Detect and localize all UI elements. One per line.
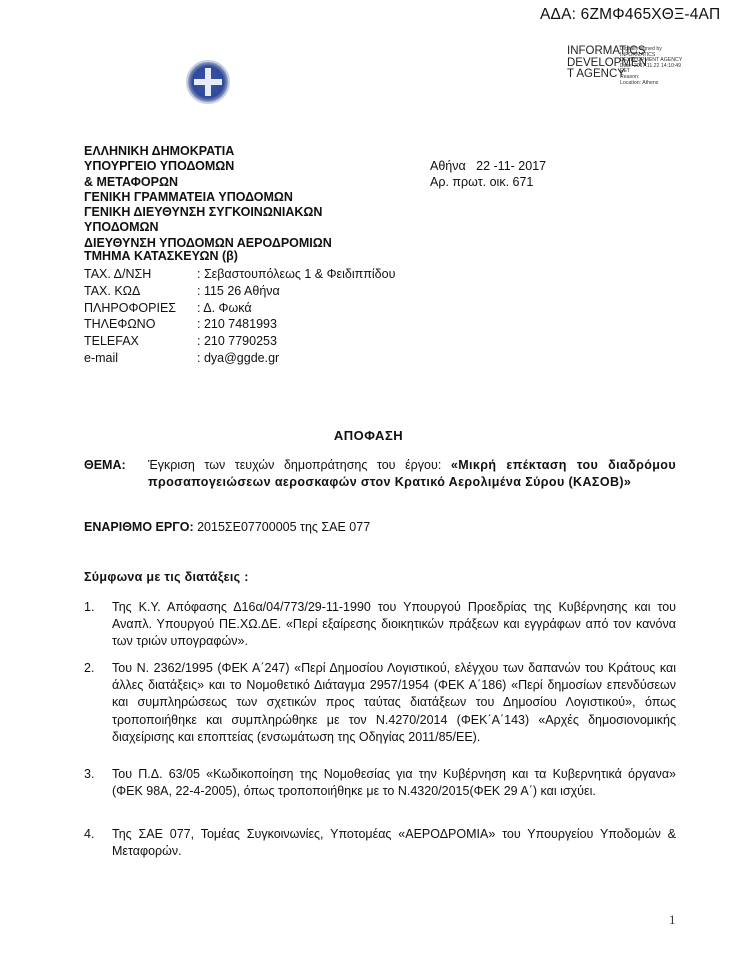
contact-label: e-mail <box>84 350 197 367</box>
item-text: Του Ν. 2362/1995 (ΦΕΚ Α΄247) «Περί Δημοσ… <box>112 660 676 746</box>
list-item: 1.Της Κ.Υ. Απόφασης Δ16α/04/773/29-11-19… <box>84 599 676 651</box>
contact-label: TELEFAX <box>84 333 197 350</box>
protocol-number: Αρ. πρωτ. οικ. 671 <box>430 174 546 190</box>
header-line: ΓΕΝΙΚΗ ΔΙΕΥΘΥΝΣΗ ΣΥΓΚΟΙΝΩΝΙΑΚΩΝ <box>84 205 332 220</box>
item-number: 4. <box>84 826 94 843</box>
signature-meta: Digitally signed by INFORMATICS DEVELOPM… <box>620 47 682 86</box>
contact-value: : Σεβαστουπόλεως 1 & Φειδιππίδου <box>197 266 395 283</box>
contact-row: ΠΛΗΡΟΦΟΡΙΕΣ: Δ. Φωκά <box>84 300 395 317</box>
item-number: 3. <box>84 766 94 783</box>
contact-row: ΤΑΧ. ΚΩΔ: 115 26 Αθήνα <box>84 283 395 300</box>
subject-label: ΘΕΜΑ: <box>84 457 126 474</box>
document-date: Αθήνα 22 -11- 2017 <box>430 158 546 174</box>
project-label: ΕΝΑΡΙΘΜΟ ΕΡΓΟ: <box>84 520 194 534</box>
header-line: & ΜΕΤΑΦΟΡΩΝ <box>84 175 332 190</box>
contact-row: TELEFAX: 210 7790253 <box>84 333 395 350</box>
item-text: Της Κ.Υ. Απόφασης Δ16α/04/773/29-11-1990… <box>112 599 676 651</box>
contact-value: : Δ. Φωκά <box>197 300 252 317</box>
department: ΤΜΗΜΑ ΚΑΤΑΣΚΕΥΩΝ (β) <box>84 249 238 263</box>
contact-label: ΤΑΧ. ΚΩΔ <box>84 283 197 300</box>
contact-value: : 210 7790253 <box>197 333 277 350</box>
greek-coat-of-arms-icon <box>188 62 228 102</box>
according-heading: Σύμφωνα με τις διατάξεις : <box>84 570 249 584</box>
subject-intro: Έγκριση των τευχών δημοπράτησης του έργο… <box>148 458 451 472</box>
contact-value: : 210 7481993 <box>197 316 277 333</box>
document-title: ΑΠΟΦΑΣΗ <box>0 428 737 443</box>
contact-value: : dya@ggde.gr <box>197 350 279 367</box>
item-number: 1. <box>84 599 94 616</box>
item-text: Της ΣΑΕ 077, Τομέας Συγκοινωνίες, Υποτομ… <box>112 826 676 860</box>
item-text: Του Π.Δ. 63/05 «Κωδικοποίηση της Νομοθεσ… <box>112 766 676 800</box>
project-value: 2015ΣΕ07700005 της ΣΑΕ 077 <box>194 520 371 534</box>
ada-code: ΑΔΑ: 6ΖΜΦ465ΧΘΞ-4ΑΠ <box>540 6 720 24</box>
contact-label: ΤΑΧ. Δ/ΝΣΗ <box>84 266 197 283</box>
list-item: 2.Του Ν. 2362/1995 (ΦΕΚ Α΄247) «Περί Δημ… <box>84 660 676 746</box>
header-line: ΕΛΛΗΝΙΚΗ ΔΗΜΟΚΡΑΤΙΑ <box>84 144 332 159</box>
contact-row: e-mail: dya@ggde.gr <box>84 350 395 367</box>
item-number: 2. <box>84 660 94 677</box>
contact-label: ΤΗΛΕΦΩΝΟ <box>84 316 197 333</box>
contact-label: ΠΛΗΡΟΦΟΡΙΕΣ <box>84 300 197 317</box>
contact-row: ΤΗΛΕΦΩΝΟ: 210 7481993 <box>84 316 395 333</box>
ministry-header: ΕΛΛΗΝΙΚΗ ΔΗΜΟΚΡΑΤΙΑ ΥΠΟΥΡΓΕΙΟ ΥΠΟΔΟΜΩΝ &… <box>84 144 332 251</box>
header-line: ΥΠΟΥΡΓΕΙΟ ΥΠΟΔΟΜΩΝ <box>84 159 332 174</box>
header-line: ΥΠΟΔΟΜΩΝ <box>84 220 332 235</box>
project-code: ΕΝΑΡΙΘΜΟ ΕΡΓΟ: 2015ΣΕ07700005 της ΣΑΕ 07… <box>84 520 370 534</box>
contact-info: ΤΑΧ. Δ/ΝΣΗ: Σεβαστουπόλεως 1 & Φειδιππίδ… <box>84 266 395 367</box>
contact-value: : 115 26 Αθήνα <box>197 283 280 300</box>
subject: ΘΕΜΑ: Έγκριση των τευχών δημοπράτησης το… <box>84 457 676 491</box>
header-line: ΓΕΝΙΚΗ ΓΡΑΜΜΑΤΕΙΑ ΥΠΟΔΟΜΩΝ <box>84 190 332 205</box>
list-item: 4.Της ΣΑΕ 077, Τομέας Συγκοινωνίες, Υποτ… <box>84 826 676 860</box>
page-number: 1 <box>669 912 676 928</box>
list-item: 3.Του Π.Δ. 63/05 «Κωδικοποίηση της Νομοθ… <box>84 766 676 800</box>
subject-text: Έγκριση των τευχών δημοπράτησης του έργο… <box>148 457 676 491</box>
date-block: Αθήνα 22 -11- 2017 Αρ. πρωτ. οικ. 671 <box>430 158 546 190</box>
contact-row: ΤΑΧ. Δ/ΝΣΗ: Σεβαστουπόλεως 1 & Φειδιππίδ… <box>84 266 395 283</box>
signature-meta-line: Location: Athens <box>620 81 682 87</box>
